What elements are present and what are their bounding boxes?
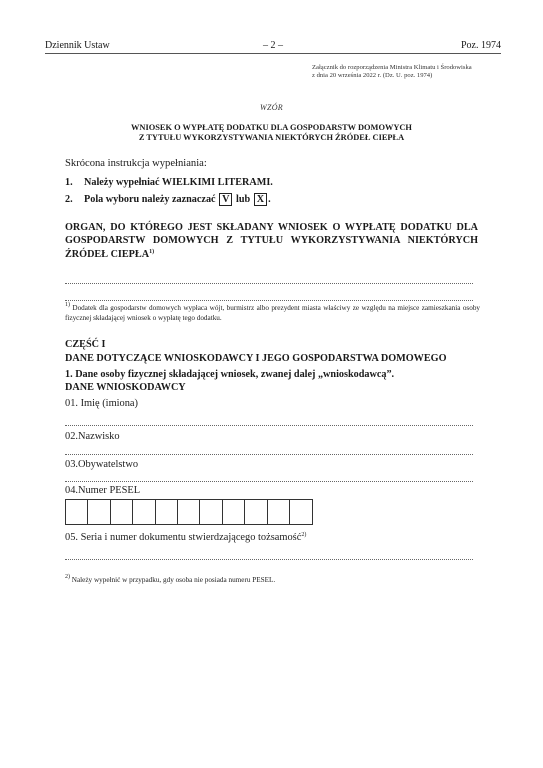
position-number: Poz. 1974 (461, 40, 501, 52)
instruction-number: 1. (65, 177, 84, 188)
pesel-digit-10[interactable] (268, 500, 290, 524)
instruction-end: . (268, 194, 271, 205)
citizenship-input[interactable] (65, 481, 473, 483)
organ-heading: ORGAN, DO KTÓREGO JEST SKŁADANY WNIOSEK … (65, 221, 478, 261)
annex-line-2: z dnia 20 września 2022 r. (Dz. U. poz. … (312, 72, 512, 80)
id-document-label: 05. Seria i numer dokumentu stwierdzając… (65, 532, 306, 543)
form-title: WNIOSEK O WYPŁATĘ DODATKU DLA GOSPODARST… (0, 123, 543, 144)
instruction-item-1: 1.Należy wypełniać WIELKIMI LITERAMI. (65, 177, 273, 188)
footnote-1-ref: 1) (65, 302, 70, 308)
form-title-line-2: Z TYTUŁU WYKORZYSTYWANIA NIEKTÓRYCH ŹRÓD… (0, 133, 543, 143)
id-document-input[interactable] (65, 559, 473, 561)
applicant-section-label: DANE WNIOSKODAWCY (65, 382, 186, 393)
pesel-label: 04.Numer PESEL (65, 485, 140, 496)
last-name-label: 02.Nazwisko (65, 431, 120, 442)
footnote-2: 2) Należy wypełnić w przypadku, gdy osob… (65, 576, 480, 586)
running-header: Dziennik Ustaw – 2 – Poz. 1974 (45, 40, 501, 54)
instruction-conj: lub (236, 194, 250, 205)
pesel-digit-9[interactable] (245, 500, 267, 524)
organ-heading-text: ORGAN, DO KTÓREGO JEST SKŁADANY WNIOSEK … (65, 222, 478, 260)
annex-line-1: Załącznik do rozporządzenia Ministra Kli… (312, 64, 512, 72)
organ-input-line-2[interactable] (65, 300, 473, 302)
instruction-text: Pola wyboru należy zaznaczać (84, 194, 216, 205)
pesel-digit-11[interactable] (290, 500, 312, 524)
pesel-digit-1[interactable] (66, 500, 88, 524)
footnote-ref-2: 2) (301, 532, 306, 538)
annex-note: Załącznik do rozporządzenia Ministra Kli… (312, 64, 512, 80)
footnote-2-text: Należy wypełnić w przypadku, gdy osoba n… (72, 576, 275, 584)
pesel-digit-6[interactable] (178, 500, 200, 524)
template-label: WZÓR (0, 103, 543, 112)
pesel-digit-4[interactable] (133, 500, 155, 524)
applicant-subheading: 1. Dane osoby fizycznej składającej wnio… (65, 369, 394, 380)
citizenship-label: 03.Obywatelstwo (65, 459, 138, 470)
organ-input-line-1[interactable] (65, 283, 473, 285)
footnote-2-ref: 2) (65, 574, 70, 580)
instruction-text: Należy wypełniać WIELKIMI LITERAMI. (84, 177, 273, 188)
page-number: – 2 – (45, 40, 501, 52)
form-title-line-1: WNIOSEK O WYPŁATĘ DODATKU DLA GOSPODARST… (0, 123, 543, 133)
checkbox-sample-x: X (254, 193, 267, 206)
pesel-digit-7[interactable] (200, 500, 222, 524)
last-name-input[interactable] (65, 454, 473, 456)
pesel-digit-3[interactable] (111, 500, 133, 524)
footnote-1: 1) Dodatek dla gospodarstw domowych wypł… (65, 304, 480, 323)
instruction-number: 2. (65, 194, 84, 205)
part-heading: DANE DOTYCZĄCE WNIOSKODAWCY I JEGO GOSPO… (65, 353, 447, 364)
footnote-1-text: Dodatek dla gospodarstw domowych wypłaca… (65, 304, 480, 322)
instructions-heading: Skrócona instrukcja wypełniania: (65, 158, 207, 169)
pesel-digit-5[interactable] (156, 500, 178, 524)
id-document-label-text: 05. Seria i numer dokumentu stwierdzając… (65, 532, 301, 543)
instruction-item-2: 2.Pola wyboru należy zaznaczać V lub X. (65, 193, 271, 206)
checkbox-sample-v: V (219, 193, 232, 206)
first-name-input[interactable] (65, 425, 473, 427)
first-name-label: 01. Imię (imiona) (65, 398, 138, 409)
part-label: CZĘŚĆ I (65, 339, 105, 350)
footnote-ref-1: 1) (149, 249, 154, 255)
pesel-input-grid[interactable] (65, 499, 313, 525)
pesel-digit-8[interactable] (223, 500, 245, 524)
pesel-digit-2[interactable] (88, 500, 110, 524)
